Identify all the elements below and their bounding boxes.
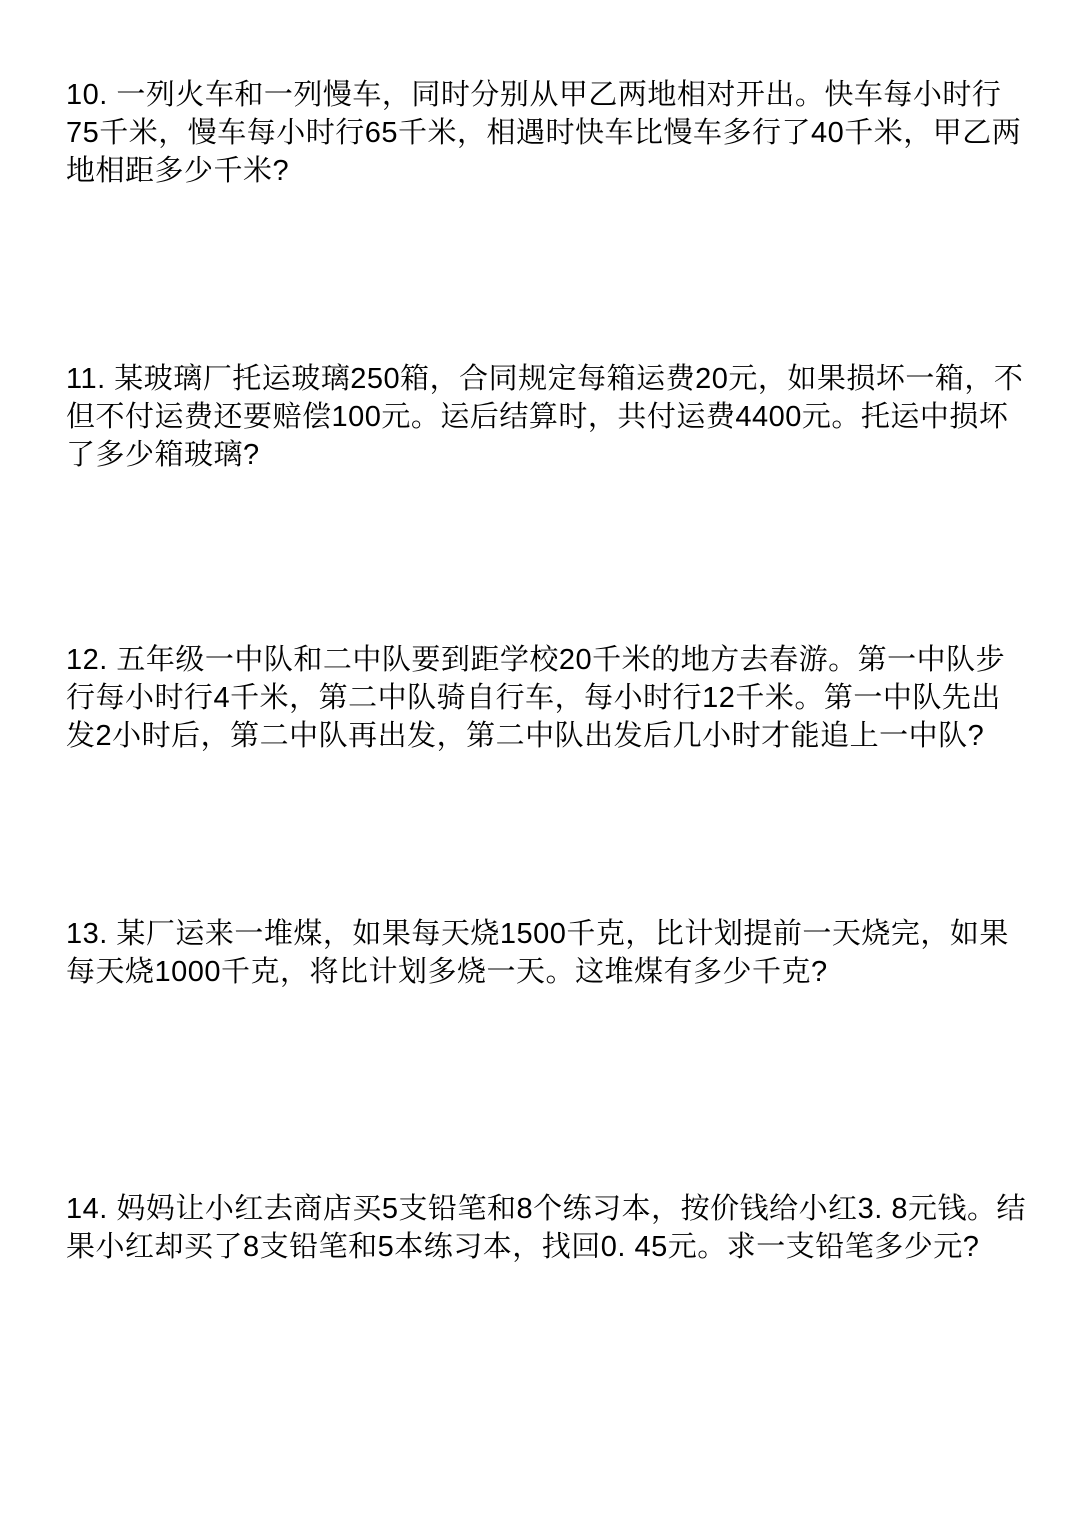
problem-11-line-1: 11. 某玻璃厂托运玻璃250箱，合同规定每箱运费20元，如果损坏一箱，不 (66, 360, 1020, 398)
problem-14-line-2: 果小红却买了8支铅笔和5本练习本，找回0. 45元。求一支铅笔多少元? (66, 1228, 1020, 1266)
problem-12-line-2: 行每小时行4千米，第二中队骑自行车，每小时行12千米。第一中队先出 (66, 679, 1020, 717)
problem-12-line-1: 12. 五年级一中队和二中队要到距学校20千米的地方去春游。第一中队步 (66, 641, 1020, 679)
problem-10-line-3: 地相距多少千米? (66, 152, 1020, 190)
problem-14-line-1: 14. 妈妈让小红去商店买5支铅笔和8个练习本，按价钱给小红3. 8元钱。结 (66, 1190, 1020, 1228)
problem-12-line-3: 发2小时后，第二中队再出发，第二中队出发后几小时才能追上一中队? (66, 717, 1020, 755)
problem-13-line-2: 每天烧1000千克，将比计划多烧一天。这堆煤有多少千克? (66, 953, 1020, 991)
problem-12: 12. 五年级一中队和二中队要到距学校20千米的地方去春游。第一中队步行每小时行… (66, 641, 1020, 755)
problem-14: 14. 妈妈让小红去商店买5支铅笔和8个练习本，按价钱给小红3. 8元钱。结果小… (66, 1190, 1020, 1266)
problem-11-line-2: 但不付运费还要赔偿100元。运后结算时，共付运费4400元。托运中损坏 (66, 398, 1020, 436)
problem-10-line-2: 75千米，慢车每小时行65千米，相遇时快车比慢车多行了40千米，甲乙两 (66, 114, 1020, 152)
problem-11-line-3: 了多少箱玻璃? (66, 436, 1020, 474)
problem-13: 13. 某厂运来一堆煤，如果每天烧1500千克，比计划提前一天烧完，如果每天烧1… (66, 915, 1020, 991)
problem-10: 10. 一列火车和一列慢车，同时分别从甲乙两地相对开出。快车每小时行75千米，慢… (66, 76, 1020, 190)
problem-10-line-1: 10. 一列火车和一列慢车，同时分别从甲乙两地相对开出。快车每小时行 (66, 76, 1020, 114)
problem-13-line-1: 13. 某厂运来一堆煤，如果每天烧1500千克，比计划提前一天烧完，如果 (66, 915, 1020, 953)
worksheet-page: 10. 一列火车和一列慢车，同时分别从甲乙两地相对开出。快车每小时行75千米，慢… (0, 0, 1080, 1528)
problem-11: 11. 某玻璃厂托运玻璃250箱，合同规定每箱运费20元，如果损坏一箱，不但不付… (66, 360, 1020, 474)
